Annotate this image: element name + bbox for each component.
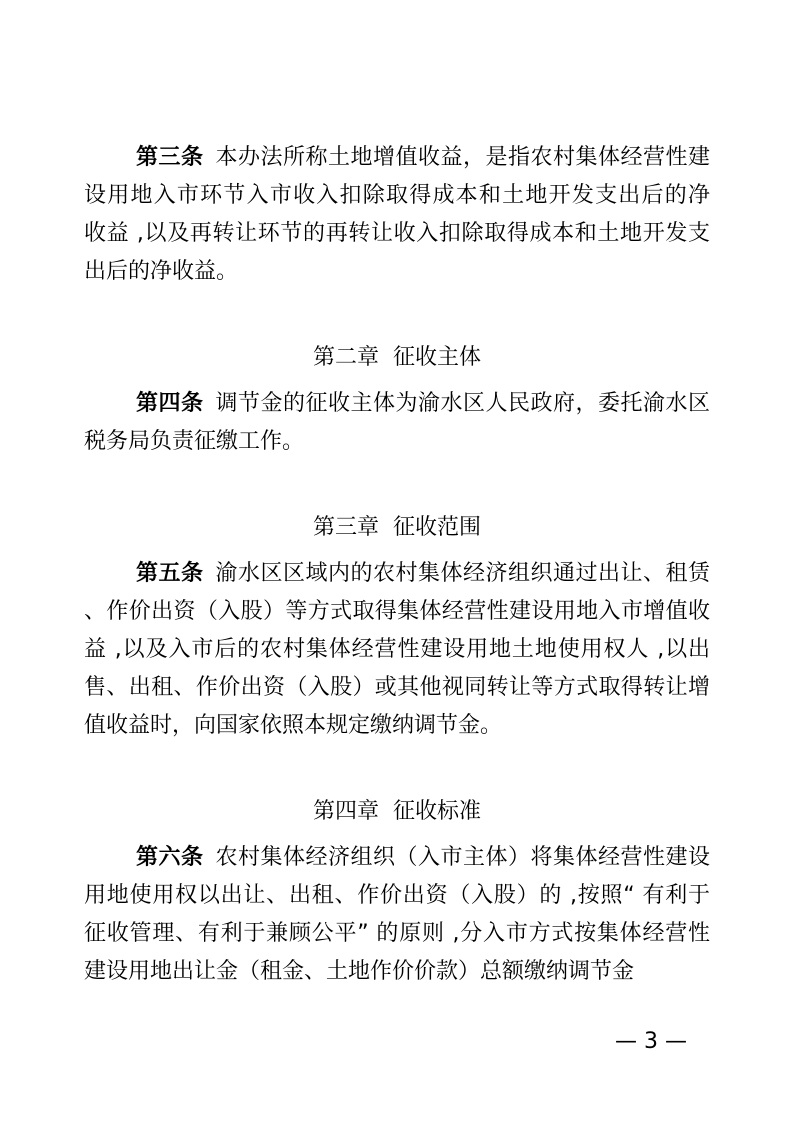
text-line: 建设用地出让金（租金、土地作价价款）总额缴纳调节金 [84, 953, 710, 991]
text-line: 售、出租、作价出资（入股）或其他视同转让等方式取得转让增 [84, 669, 710, 707]
text-line: 税务局负责征缴工作。 [84, 423, 710, 461]
article-number: 第三条 [136, 145, 204, 170]
article-paragraph: 第四条调节金的征收主体为渝水区人民政府，委托渝水区税务局负责征缴工作。 [84, 385, 710, 461]
text-line: 用地使用权以出让、出租、作价出资（入股）的 ,按照“ 有利于 [84, 877, 710, 915]
text-line: 征收管理、有利于兼顾公平” 的原则 ,分入市方式按集体经营性 [84, 915, 710, 953]
text-line: 第六条农村集体经济组织（入市主体）将集体经营性建设 [84, 839, 710, 877]
page-number: — 3 — [615, 1023, 687, 1061]
article-number: 第五条 [136, 561, 204, 586]
text-line: 收益 ,以及再转让环节的再转让收入扣除取得成本和土地开发支 [84, 215, 710, 253]
text-line: 第五条渝水区区域内的农村集体经济组织通过出让、租赁 [84, 555, 710, 593]
document-page: 第三条本办法所称土地增值收益，是指农村集体经营性建设用地入市环节入市收入扣除取得… [0, 0, 793, 1122]
chapter-heading: 第二章 征收主体 [84, 339, 710, 377]
chapter-heading: 第四章 征收标准 [84, 793, 710, 831]
text-line: 、作价出资（入股）等方式取得集体经营性建设用地入市增值收 [84, 593, 710, 631]
text-line: 第四条调节金的征收主体为渝水区人民政府，委托渝水区 [84, 385, 710, 423]
article-number: 第四条 [136, 391, 204, 416]
chapter-heading: 第三章 征收范围 [84, 509, 710, 547]
article-paragraph: 第六条农村集体经济组织（入市主体）将集体经营性建设用地使用权以出让、出租、作价出… [84, 839, 710, 991]
article-paragraph: 第三条本办法所称土地增值收益，是指农村集体经营性建设用地入市环节入市收入扣除取得… [84, 139, 710, 291]
text-line: 设用地入市环节入市收入扣除取得成本和土地开发支出后的净 [84, 177, 710, 215]
text-line: 第三条本办法所称土地增值收益，是指农村集体经营性建 [84, 139, 710, 177]
document-body: 第三条本办法所称土地增值收益，是指农村集体经营性建设用地入市环节入市收入扣除取得… [84, 139, 710, 991]
text-line: 值收益时，向国家依照本规定缴纳调节金。 [84, 707, 710, 745]
text-line: 出后的净收益。 [84, 253, 710, 291]
article-paragraph: 第五条渝水区区域内的农村集体经济组织通过出让、租赁、作价出资（入股）等方式取得集… [84, 555, 710, 745]
article-number: 第六条 [136, 845, 204, 870]
text-line: 益 ,以及入市后的农村集体经营性建设用地土地使用权人 ,以出 [84, 631, 710, 669]
